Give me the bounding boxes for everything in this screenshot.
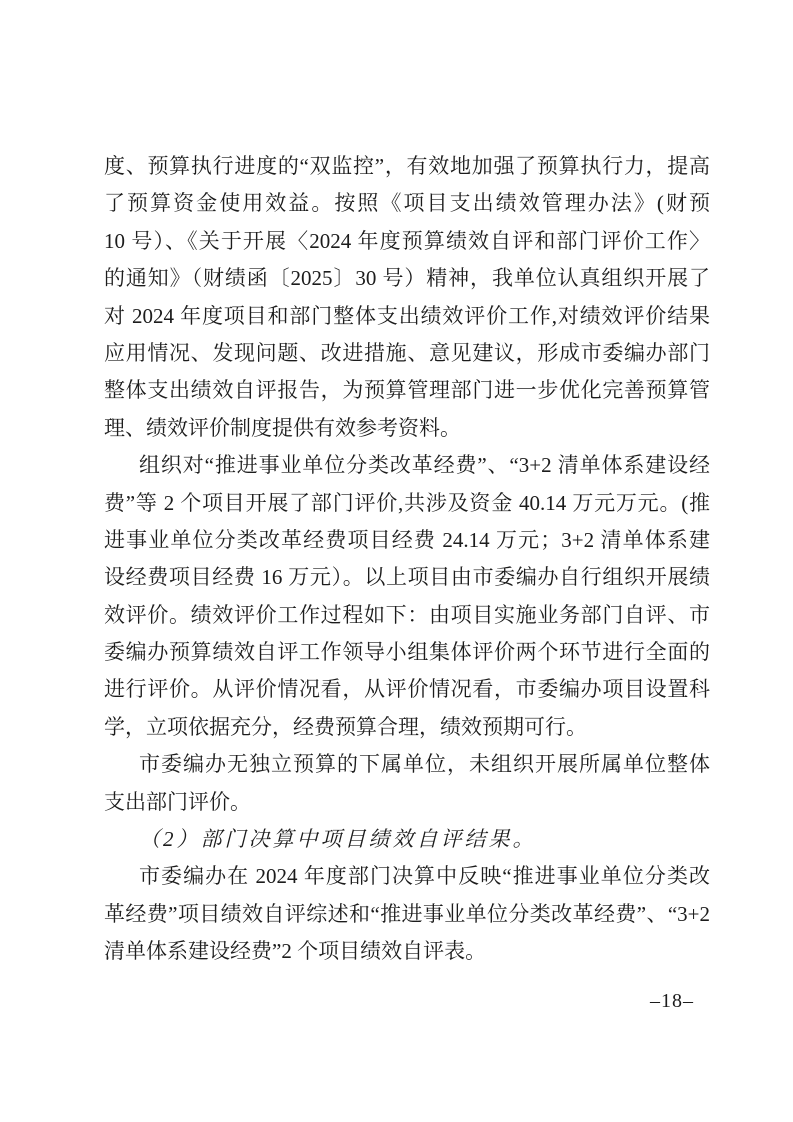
text-line: （2）部门决算中项目绩效自评结果。 — [104, 821, 710, 858]
text-line: 组织对“推进事业单位分类改革经费”、“3+2 清单体系建设经 — [104, 447, 710, 484]
text-line: 对 2024 年度项目和部门整体支出绩效评价工作,对绩效评价结果 — [104, 298, 710, 335]
text-line: 整体支出绩效自评报告，为预算管理部门进一步优化完善预算管 — [104, 372, 710, 409]
text-line: 市委编办无独立预算的下属单位，未组织开展所属单位整体 — [104, 746, 710, 783]
text-line: 支出部门评价。 — [104, 784, 710, 821]
text-line: 10 号）、《关于开展〈2024 年度预算绩效自评和部门评价工作〉 — [104, 223, 710, 260]
text-line: 委编办预算绩效自评工作领导小组集体评价两个环节进行全面的 — [104, 634, 710, 671]
paragraph-department-evaluation: 组织对“推进事业单位分类改革经费”、“3+2 清单体系建设经费”等 2 个项目开… — [104, 447, 710, 746]
paragraph-final-accounts: 市委编办在 2024 年度部门决算中反映“推进事业单位分类改革经费”项目绩效自评… — [104, 858, 710, 970]
text-line: 设经费项目经费 16 万元）。以上项目由市委编办自行组织开展绩 — [104, 559, 710, 596]
text-line: 费”等 2 个项目开展了部门评价,共涉及资金 40.14 万元万元。(推 — [104, 485, 710, 522]
text-line: 市委编办在 2024 年度部门决算中反映“推进事业单位分类改 — [104, 858, 710, 895]
text-line: 应用情况、发现问题、改进措施、意见建议，形成市委编办部门 — [104, 335, 710, 372]
text-line: 进事业单位分类改革经费项目经费 24.14 万元；3+2 清单体系建 — [104, 522, 710, 559]
text-line: 清单体系建设经费”2 个项目绩效自评表。 — [104, 933, 710, 970]
paragraph-subordinate-units: 市委编办无独立预算的下属单位，未组织开展所属单位整体支出部门评价。 — [104, 746, 710, 821]
text-line: 度、预算执行进度的“双监控”，有效地加强了预算执行力，提高 — [104, 148, 710, 185]
document-page: 度、预算执行进度的“双监控”，有效地加强了预算执行力，提高了预算资金使用效益。按… — [0, 0, 793, 1122]
text-line: 学，立项依据充分，经费预算合理，绩效预期可行。 — [104, 709, 710, 746]
text-line: 的通知》（财绩函〔2025〕30 号）精神，我单位认真组织开展了 — [104, 260, 710, 297]
text-line: 效评价。绩效评价工作过程如下：由项目实施业务部门自评、市 — [104, 597, 710, 634]
page-footer: –18– — [0, 990, 793, 1020]
page-number: –18– — [650, 990, 694, 1013]
heading-self-evaluation-results: （2）部门决算中项目绩效自评结果。 — [104, 821, 710, 858]
paragraph-continuation: 度、预算执行进度的“双监控”，有效地加强了预算执行力，提高了预算资金使用效益。按… — [104, 148, 710, 447]
text-line: 理、绩效评价制度提供有效参考资料。 — [104, 410, 710, 447]
document-body: 度、预算执行进度的“双监控”，有效地加强了预算执行力，提高了预算资金使用效益。按… — [104, 148, 710, 971]
text-line: 了预算资金使用效益。按照《项目支出绩效管理办法》(财预〔2020〕 — [104, 185, 710, 222]
text-line: 革经费”项目绩效自评综述和“推进事业单位分类改革经费”、“3+2 — [104, 896, 710, 933]
text-line: 进行评价。从评价情况看，从评价情况看，市委编办项目设置科 — [104, 671, 710, 708]
